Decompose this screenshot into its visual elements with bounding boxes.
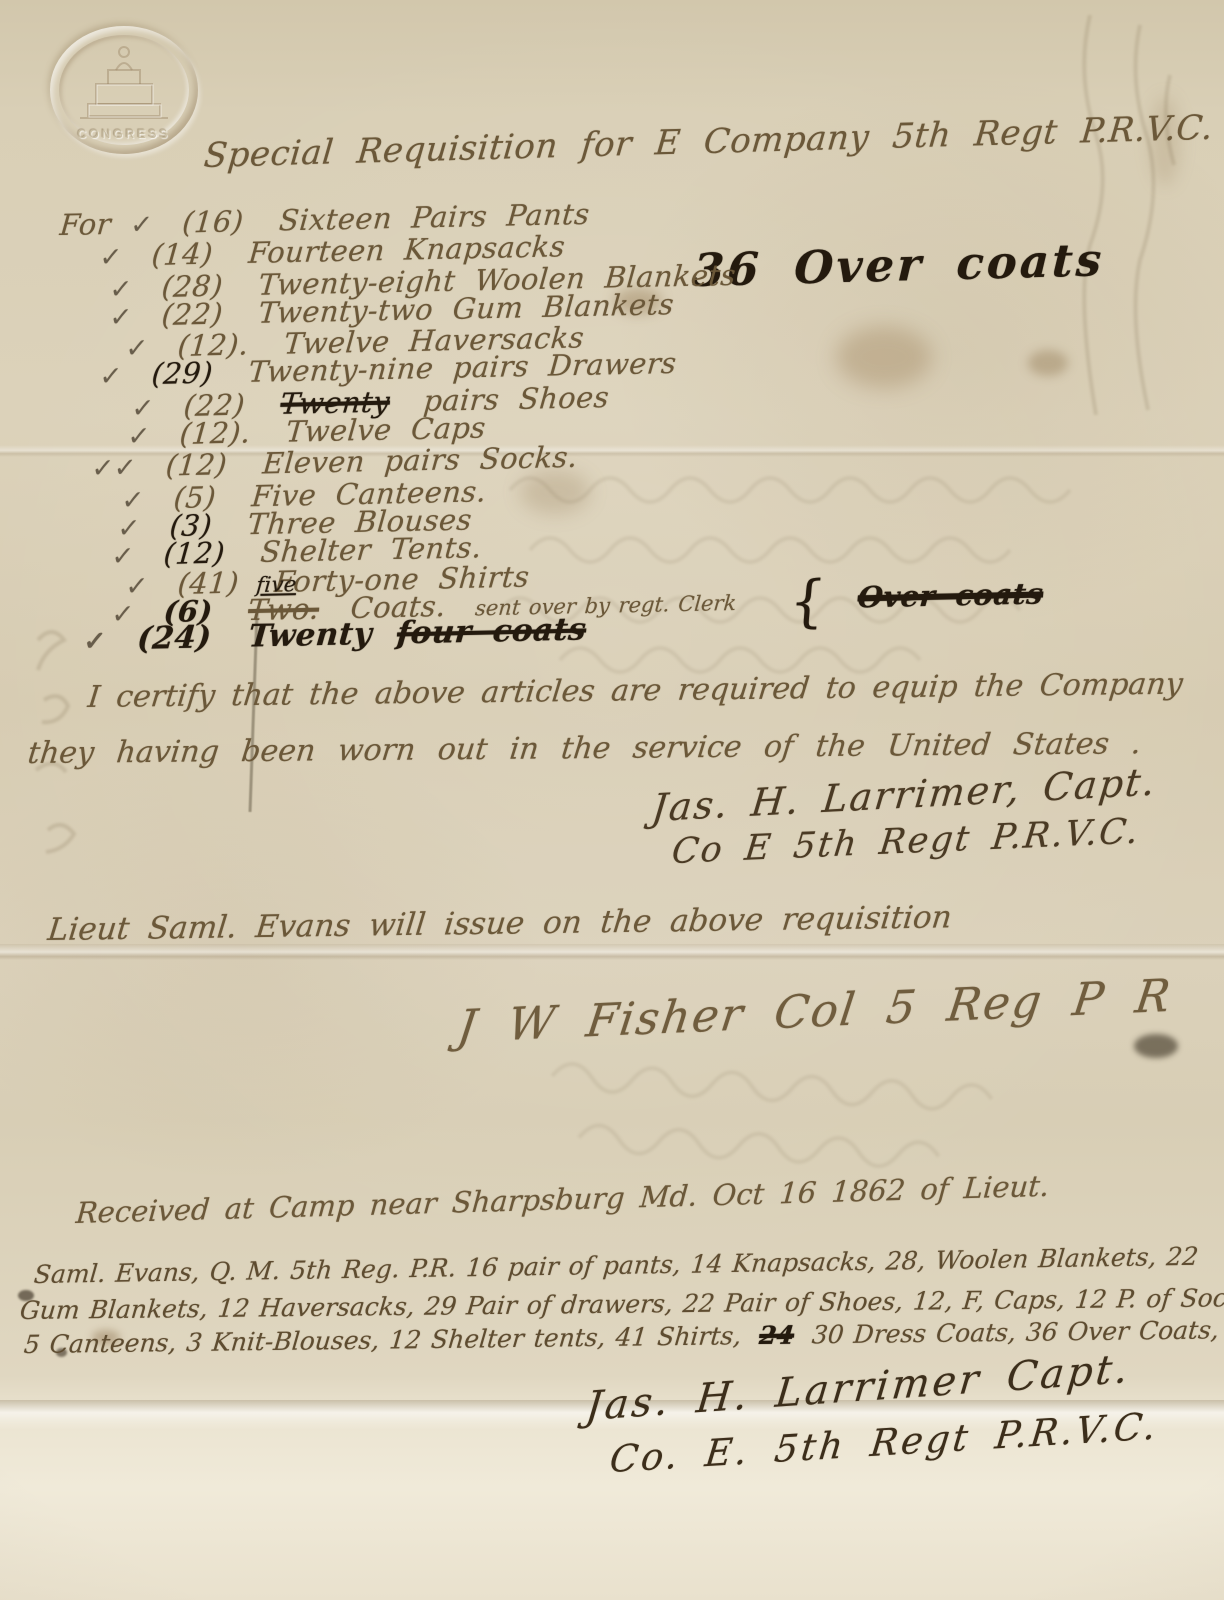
document-page: CONGRESS — [0, 0, 1224, 1600]
certification-line-2: they having been worn out in the service… — [26, 726, 1143, 771]
checkmark-icon: ✓ — [109, 303, 134, 334]
item-text: Eleven pairs Socks. — [261, 440, 579, 481]
receipt-line-4-start: 5 Canteens, 3 Knit-Blouses, 12 Shelter t… — [23, 1321, 743, 1359]
colonel-signature: J W Fisher Col 5 Reg P R — [454, 969, 1175, 1054]
item-text: Twenty — [247, 616, 373, 655]
receipt-line-1: Received at Camp near Sharpsburg Md. Oct… — [75, 1169, 1051, 1230]
checkmark-icon: ✓ — [99, 362, 124, 393]
ink-stain — [1028, 350, 1068, 376]
item-quantity: (12) — [165, 447, 229, 482]
bleedthrough-ghost-writing — [1050, 15, 1190, 415]
receipt-struck-number: 24 — [758, 1321, 795, 1350]
receipt-line-2: Saml. Evans, Q. M. 5th Reg. P.R. 16 pair… — [33, 1242, 1200, 1289]
item-inserted-text: five — [255, 572, 297, 597]
receipt-line-4-end: 30 Dress Coats, 36 Over Coats, — [811, 1315, 1221, 1349]
bleedthrough-ghost-writing — [500, 450, 1190, 690]
document-title: Special Requisition for E Company 5th Re… — [202, 108, 1215, 176]
item-struck-annotation: Over coats — [856, 576, 1044, 614]
item-quantity: (12). — [178, 415, 252, 451]
checkmark-icon: ✓ — [99, 243, 124, 274]
item-prefix: For — [59, 207, 113, 242]
embossed-seal: CONGRESS — [50, 26, 198, 154]
checkmark-icon: ✓ — [83, 627, 108, 658]
checkmark-icon: ✓ — [129, 210, 154, 241]
issue-order-line: Lieut Saml. Evans will issue on the abov… — [46, 899, 954, 948]
certification-line-1: I certify that the above articles are re… — [86, 667, 1185, 715]
item-quantity: (14) — [150, 237, 214, 272]
ink-stain — [520, 470, 590, 514]
brace-mark: { — [790, 602, 826, 603]
item-quantity: (24) — [136, 619, 213, 657]
fold-crease — [0, 944, 1224, 960]
overcoat-annotation: 36 Over coats — [692, 233, 1106, 297]
ink-smudge — [1134, 1034, 1178, 1058]
item-quantity: (16) — [181, 204, 245, 239]
item-quantity: (29) — [150, 356, 214, 391]
ink-stain — [836, 326, 932, 388]
seal-label: CONGRESS — [50, 127, 198, 141]
checkmark-icon: ✓ — [127, 422, 152, 453]
checkmark-icon: ✓✓ — [91, 453, 138, 484]
item-struck-annotation: four coats — [396, 611, 588, 651]
item-quantity: (22) — [160, 297, 224, 332]
